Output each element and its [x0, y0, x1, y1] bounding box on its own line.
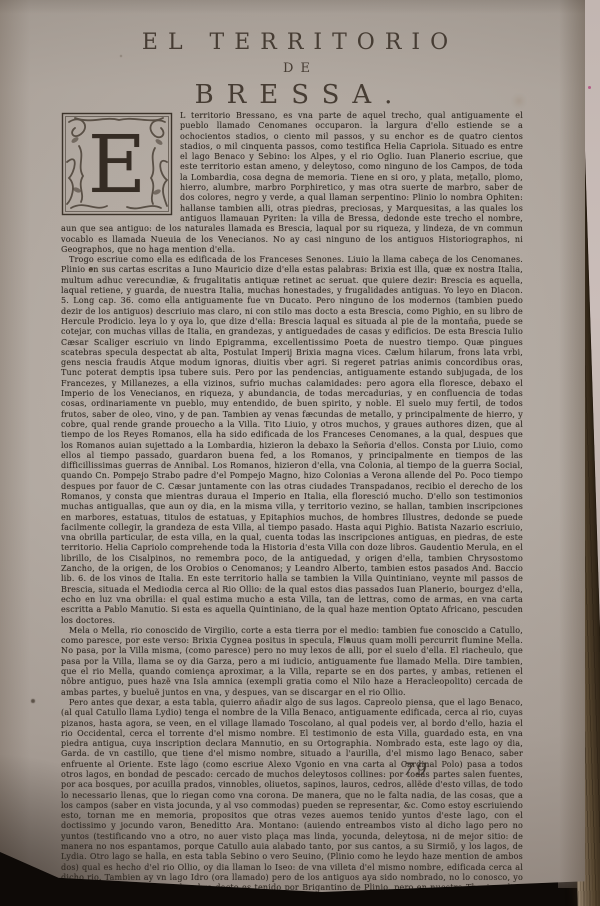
book-page: EL TERRITORIO DE BRESSA.	[0, 0, 585, 892]
title-line-2: DE	[40, 61, 560, 76]
paragraph-1: E L territorio Bressano, es vna parte de…	[61, 111, 523, 255]
page-title: EL TERRITORIO DE BRESSA.	[40, 30, 560, 110]
page-number: 79	[386, 760, 446, 780]
body-text: E L territorio Bressano, es vna parte de…	[61, 111, 523, 904]
woodcut-initial: E	[61, 112, 173, 216]
paragraph-4: Pero antes que dexar, a esta tabla, quie…	[61, 698, 523, 904]
scan-artifact-dot	[588, 86, 591, 89]
title-line-3: BRESSA.	[40, 80, 560, 110]
paragraph-2: Trogo escriue como ella es edificada de …	[61, 255, 523, 626]
drop-cap-letter: E	[88, 118, 147, 211]
title-line-1: EL TERRITORIO	[40, 30, 560, 55]
foxing-speckles	[0, 0, 2, 2]
photo-background: EL TERRITORIO DE BRESSA.	[0, 0, 600, 906]
paragraph-3: Mela o Mella, rio conoscido de Virgilio,…	[61, 626, 523, 698]
